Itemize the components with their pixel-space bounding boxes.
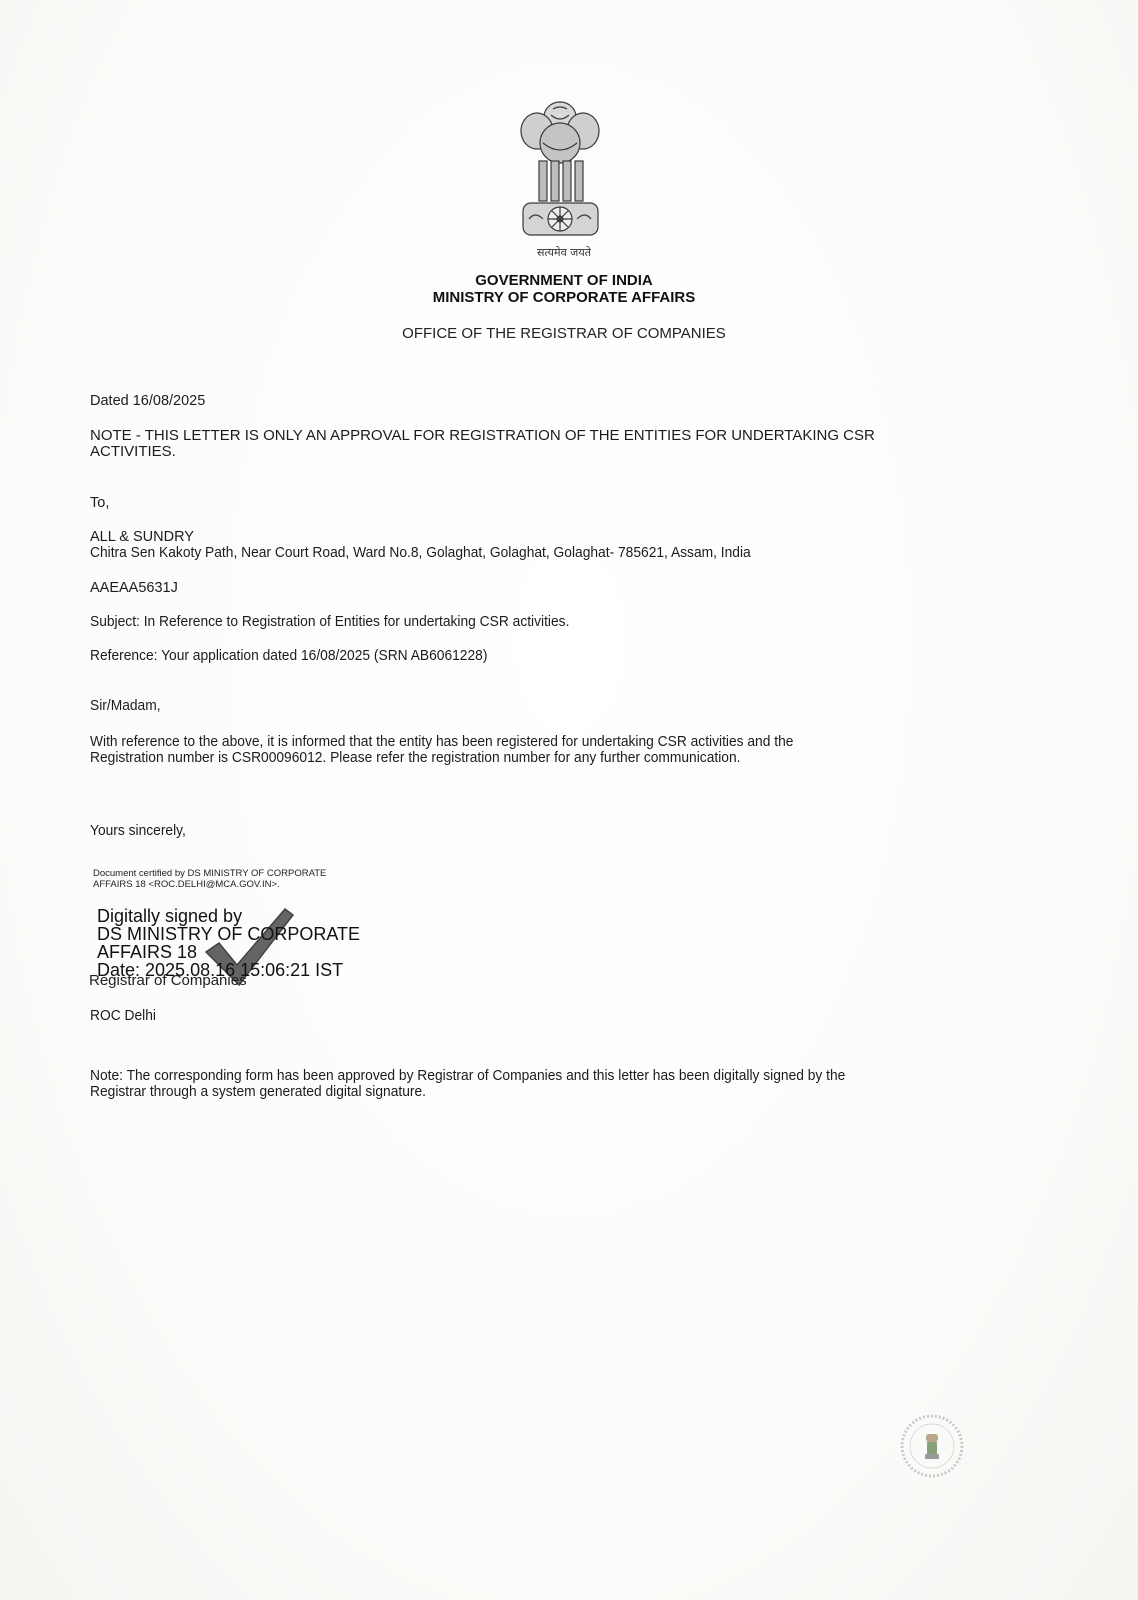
dated-line: Dated 16/08/2025 (90, 393, 205, 409)
letterhead-title: GOVERNMENT OF INDIA MINISTRY OF CORPORAT… (0, 272, 1128, 306)
signatory-role: Registrar of Companies (89, 972, 247, 989)
certification-line-1: Document certified by DS MINISTRY OF COR… (93, 868, 326, 879)
signed-by-label: Digitally signed by (97, 907, 360, 925)
office-title: OFFICE OF THE REGISTRAR OF COMPANIES (0, 325, 1128, 342)
body-line-1: With reference to the above, it is infor… (90, 734, 793, 750)
pan-number: AAEAA5631J (90, 580, 178, 596)
footer-note-line-2: Registrar through a system generated dig… (90, 1084, 845, 1100)
to-line: To, (90, 495, 109, 511)
signer-name-line-2: AFFAIRS 18 (97, 943, 360, 961)
recipient-block: ALL & SUNDRY Chitra Sen Kakoty Path, Nea… (90, 529, 808, 561)
signatory-office: ROC Delhi (90, 1008, 156, 1024)
certification-text: Document certified by DS MINISTRY OF COR… (93, 868, 326, 890)
body-line-2: Registration number is CSR00096012. Plea… (90, 750, 793, 766)
recipient-address: Chitra Sen Kakoty Path, Near Court Road,… (90, 545, 751, 561)
letter-page: सत्यमेव जयते GOVERNMENT OF INDIA MINISTR… (0, 0, 1138, 1600)
ministry-title: MINISTRY OF CORPORATE AFFAIRS (0, 289, 1128, 306)
motto-text: सत्यमेव जयते (0, 245, 1128, 260)
salutation: Sir/Madam, (90, 698, 161, 714)
subject-line: Subject: In Reference to Registration of… (90, 614, 569, 630)
digital-signature-block: Document certified by DS MINISTRY OF COR… (93, 885, 413, 1005)
national-emblem-icon (513, 95, 608, 245)
recipient-name: ALL & SUNDRY (90, 529, 808, 545)
signer-name-line-1: DS MINISTRY OF CORPORATE (97, 925, 360, 943)
body-paragraph: With reference to the above, it is infor… (90, 734, 793, 766)
closing-line: Yours sincerely, (90, 823, 186, 839)
footer-note-line-1: Note: The corresponding form has been ap… (90, 1068, 845, 1084)
footer-note: Note: The corresponding form has been ap… (90, 1068, 845, 1100)
reference-line: Reference: Your application dated 16/08/… (90, 648, 487, 664)
official-seal-icon (897, 1412, 967, 1480)
government-title: GOVERNMENT OF INDIA (0, 272, 1128, 289)
approval-note: NOTE - THIS LETTER IS ONLY AN APPROVAL F… (90, 428, 875, 460)
approval-note-line-1: NOTE - THIS LETTER IS ONLY AN APPROVAL F… (90, 428, 875, 444)
digital-signature-text: Digitally signed by DS MINISTRY OF CORPO… (97, 907, 360, 979)
certification-line-2: AFFAIRS 18 <ROC.DELHI@MCA.GOV.IN>. (93, 879, 326, 890)
approval-note-line-2: ACTIVITIES. (90, 444, 875, 460)
